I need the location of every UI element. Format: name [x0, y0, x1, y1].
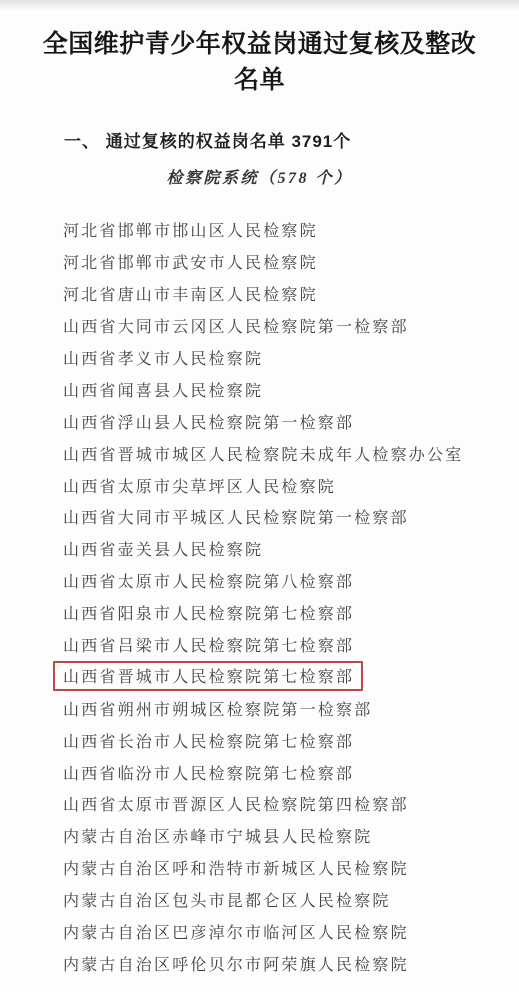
list-item: 山西省大同市平城区人民检察院第一检察部 [63, 501, 509, 533]
list-item: 内蒙古自治区呼伦贝尔市阿荣旗人民检察院 [63, 947, 509, 979]
list-item: 山西省晋城市城区人民检察院未成年人检察办公室 [63, 437, 509, 469]
list-item: 山西省吕梁市人民检察院第七检察部 [63, 629, 509, 661]
list-item: 山西省浮山县人民检察院第一检察部 [63, 405, 509, 437]
document-page: { "doc": { "title": "全国维护青少年权益岗通过复核及整改名单… [0, 0, 519, 992]
highlighted-list-item: 山西省晋城市人民检察院第七检察部 [63, 660, 509, 692]
list-item: 山西省孝义市人民检察院 [63, 342, 509, 374]
list-item: 山西省闻喜县人民检察院 [63, 373, 509, 405]
list-item: 河北省唐山市丰南区人民检察院 [63, 278, 509, 310]
list-item: 山西省朔州市朔城区检察院第一检察部 [63, 692, 509, 724]
list-item: 内蒙古自治区包头市昆都仑区人民检察院 [63, 884, 509, 916]
list-item: 内蒙古自治区赤峰市宁城县人民检察院 [63, 820, 509, 852]
list-item: 山西省壶关县人民检察院 [63, 533, 509, 565]
list-item: 山西省临汾市人民检察院第七检察部 [63, 756, 509, 788]
list-item: 山西省大同市云冈区人民检察院第一检察部 [63, 310, 509, 342]
list-item: 内蒙古自治区巴彦淖尔市临河区人民检察院 [63, 916, 509, 948]
list-item: 河北省邯郸市武安市人民检察院 [63, 246, 509, 278]
section-heading: 一、 通过复核的权益岗名单 3791个 [64, 131, 519, 153]
subsection-heading: 检察院系统（578 个） [0, 169, 519, 189]
highlight-box: 山西省晋城市人民检察院第七检察部 [53, 661, 363, 691]
list-item: 山西省太原市人民检察院第八检察部 [63, 565, 509, 597]
court-list: 河北省邯郸市邯山区人民检察院 河北省邯郸市武安市人民检察院 河北省唐山市丰南区人… [0, 214, 519, 979]
list-item: 山西省太原市尖草坪区人民检察院 [63, 469, 509, 501]
list-item: 内蒙古自治区呼和浩特市新城区人民检察院 [63, 852, 509, 884]
list-item: 山西省阳泉市人民检察院第七检察部 [63, 597, 509, 629]
list-item: 河北省邯郸市邯山区人民检察院 [63, 214, 509, 246]
document-title: 全国维护青少年权益岗通过复核及整改名单 [38, 27, 482, 99]
list-item: 山西省长治市人民检察院第七检察部 [63, 724, 509, 756]
list-item: 山西省太原市晋源区人民检察院第四检察部 [63, 788, 509, 820]
page-top-edge [0, 0, 519, 10]
